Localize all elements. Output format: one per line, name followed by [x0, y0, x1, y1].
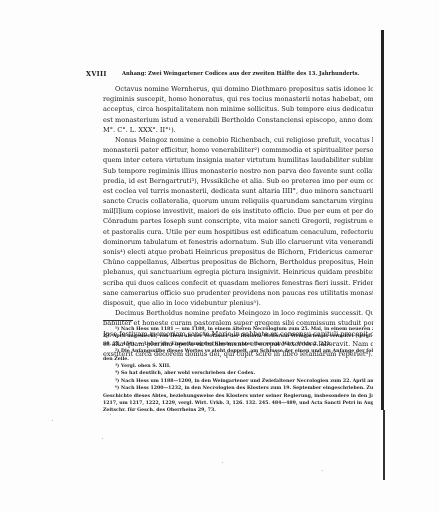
- page-number: XVIII: [86, 70, 107, 79]
- text-line: est monasterium istud a venerabili Berth…: [103, 115, 373, 125]
- footnote-line: ⁴) So hat deutlich, aber wohl verschrieb…: [103, 370, 373, 377]
- footnote-line: Geschichte dieses Abtes, beziehungsweise…: [103, 393, 373, 400]
- footnote-line: 23. April angemerkt; von Hess als der Ve…: [103, 333, 373, 340]
- text-line: plebanus, qui sanctuarium egregia pictur…: [103, 267, 373, 277]
- footnote-line: SS. 21, 454). — Ueber die Einweihung des…: [103, 341, 373, 348]
- scanned-page: XVIII Anhang: Zwei Weingartener Codices …: [0, 0, 439, 512]
- text-line: dominorum tabulatum et fenestris adornat…: [103, 237, 373, 247]
- text-line: et pastoralis cura. Utile per eum hospit…: [103, 227, 373, 237]
- text-line: Nonus Meingoz nomine a cenobio Richenbac…: [103, 135, 373, 145]
- text-line: Octavus nomine Wernherus, qui domino Die…: [103, 84, 373, 94]
- text-line: scriba qui duos calices confecit et quas…: [103, 278, 373, 288]
- text-line: sancte Crucis collateralia, quorum unum …: [103, 196, 373, 206]
- text-line: mil[l]ium copiose investivit, maiori de …: [103, 206, 373, 216]
- footnote-line: ¹) Nach Hess um 1181 — um 1188, in einem…: [103, 326, 373, 333]
- footnote-line: ²) Die Anfangssilbe dieses Wortes ve ste…: [103, 348, 373, 355]
- scan-speck: [222, 462, 223, 463]
- scan-edge-shadow-lower: [383, 410, 385, 480]
- text-line: Decimus Bertholdus nomine prefato Meingo…: [103, 308, 373, 318]
- text-line: sonis⁴) electi atque probati Heinricus p…: [103, 247, 373, 257]
- scan-edge-shadow: [381, 30, 384, 410]
- text-line: quem inter cetera virtutum insignia mate…: [103, 155, 373, 165]
- running-title: Anhang: Zwei Weingartener Codices aus de…: [122, 70, 359, 79]
- footnote-line: Zeitschr. für Gesch. des Oberrheins 29, …: [103, 407, 373, 414]
- footnote-line: ⁵) Nach Hess um 1188—1200, in den Weinga…: [103, 378, 373, 385]
- footnote-line: 1217, um 1217, 1222, 1229, vergl. Wirt. …: [103, 400, 373, 407]
- text-line: monasterii pater efficitur, homo venerab…: [103, 145, 373, 155]
- scan-speck: [52, 420, 53, 421]
- text-line: predia, id est Berngartruti³), Hvssikilc…: [103, 176, 373, 186]
- footnote-line: den Zeile.: [103, 356, 373, 363]
- footnote-line: ³) Vergl. oben S. XIII.: [103, 363, 373, 370]
- text-line: disposuit, que alio in loco videbuntur p…: [103, 298, 373, 308]
- scan-speck: [110, 414, 111, 415]
- scan-speck: [102, 438, 103, 439]
- text-line: Cônradum partes Ioseph sunt conscripte, …: [103, 216, 373, 226]
- text-line: sane camerarius officio suo prudenter pr…: [103, 288, 373, 298]
- running-header: XVIII Anhang: Zwei Weingartener Codices …: [86, 70, 376, 79]
- text-line: est coclea vel turris monasterii, dedica…: [103, 186, 373, 196]
- footnote-line: ⁶) Nach Hess 1200—1232, in den Necrologi…: [103, 385, 373, 392]
- footnotes: ¹) Nach Hess um 1181 — um 1188, in einem…: [103, 326, 373, 415]
- footnote-separator: [103, 320, 133, 321]
- text-line: Sub tempore regiminis illius monasterio …: [103, 166, 373, 176]
- main-text: Octavus nomine Wernherus, qui domino Die…: [103, 84, 373, 359]
- text-line: regiminis suscepit, homo honoratus, qui …: [103, 94, 373, 104]
- scan-speck: [322, 470, 323, 471]
- text-line: Chûno cappellanus, Albertus prepositus d…: [103, 257, 373, 267]
- text-line: acceptus, circa hospitalitatem non minim…: [103, 104, 373, 114]
- text-line: M°. C°. L. XXX°. II°¹).: [103, 125, 373, 135]
